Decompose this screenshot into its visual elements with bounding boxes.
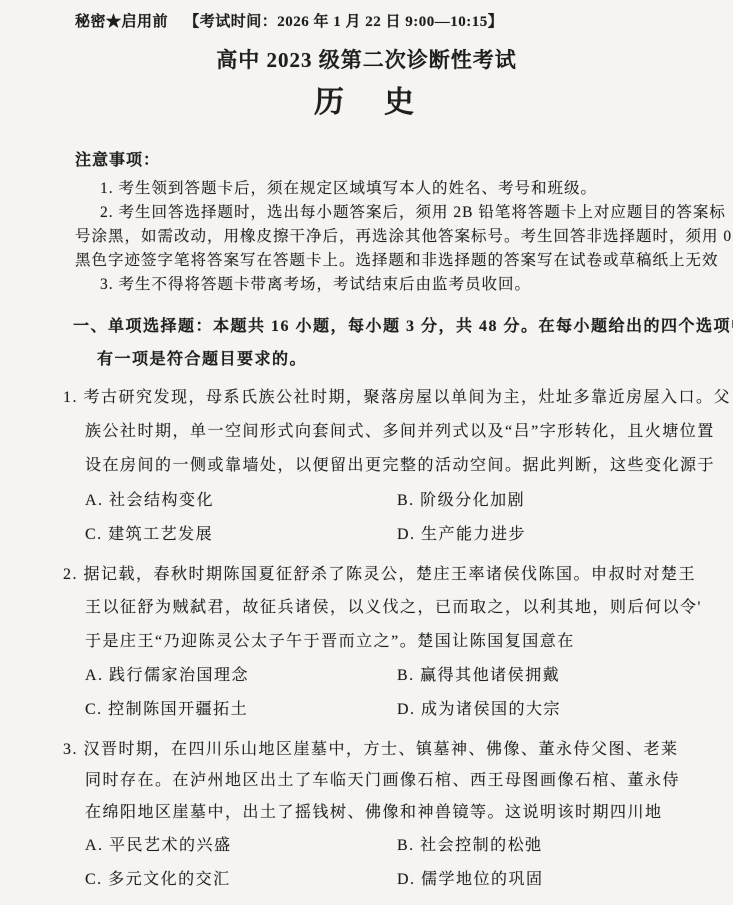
section-heading-line-2: 有一项是符合题目要求的。	[97, 350, 307, 370]
question-1-option-c: C. 建筑工艺发展	[85, 525, 213, 545]
notice-heading: 注意事项：	[75, 151, 160, 171]
subject-title: 历 史	[0, 84, 733, 122]
section-heading-line-1: 一、单项选择题：本题共 16 小题，每小题 3 分，共 48 分。在每小题给出的…	[73, 317, 733, 337]
exam-time-label: 【考试时间：2026 年 1 月 22 日 9:00—10:15】	[184, 14, 503, 30]
notice-line-4: 黑色字迹签字笔将答案写在答题卡上。选择题和非选择题的答案写在试卷或草稿纸上无效	[75, 251, 719, 270]
question-3-line-1: 3. 汉晋时期，在四川乐山地区崖墓中，方士、镇墓神、佛像、董永侍父图、老莱	[63, 740, 679, 760]
question-1-option-b: B. 阶级分化加剧	[397, 491, 525, 511]
classification-label: 秘密★启用前	[75, 14, 168, 30]
notice-line-3: 号涂黑，如需改动，用橡皮擦干净后，再选涂其他答案标号。考生回答非选择题时，须用 …	[75, 227, 733, 246]
question-2-options-row-2: C. 控制陈国开疆拓土 D. 成为诸侯国的大宗	[0, 700, 733, 722]
question-1-option-d: D. 生产能力进步	[397, 525, 526, 545]
question-2-option-b: B. 赢得其他诸侯拥戴	[397, 666, 560, 686]
question-3-options-row-2: C. 多元文化的交汇 D. 儒学地位的巩固	[0, 870, 733, 892]
header-row: 秘密★启用前 【考试时间：2026 年 1 月 22 日 9:00—10:15】	[75, 13, 503, 32]
question-1-line-3: 设在房间的一侧或靠墙处，以便留出更完整的活动空间。据此判断，这些变化源于	[85, 456, 715, 476]
exam-title: 高中 2023 级第二次诊断性考试	[0, 47, 733, 73]
question-2-option-c: C. 控制陈国开疆拓土	[85, 700, 248, 720]
question-2-option-d: D. 成为诸侯国的大宗	[397, 700, 561, 720]
question-1-option-a: A. 社会结构变化	[85, 491, 214, 511]
question-2-options-row-1: A. 践行儒家治国理念 B. 赢得其他诸侯拥戴	[0, 666, 733, 688]
question-3-options-row-1: A. 平民艺术的兴盛 B. 社会控制的松弛	[0, 836, 733, 858]
exam-paper-page: 秘密★启用前 【考试时间：2026 年 1 月 22 日 9:00—10:15】…	[0, 0, 733, 905]
question-3-option-c: C. 多元文化的交汇	[85, 870, 231, 890]
question-2-option-a: A. 践行儒家治国理念	[85, 666, 249, 686]
question-2-line-2: 王以征舒为贼弑君，故征兵诸侯，以义伐之，已而取之，以利其地，则后何以令'	[85, 598, 702, 618]
notice-line-1: 1. 考生领到答题卡后，须在规定区域填写本人的姓名、考号和班级。	[100, 179, 597, 198]
question-3-line-3: 在绵阳地区崖墓中，出土了摇钱树、佛像和神兽镜等。这说明该时期四川地	[85, 803, 663, 823]
question-3-option-d: D. 儒学地位的巩固	[397, 870, 544, 890]
question-1-line-1: 1. 考古研究发现，母系氏族公社时期，聚落房屋以单间为主，灶址多靠近房屋入口。父	[63, 388, 731, 408]
question-1-options-row-2: C. 建筑工艺发展 D. 生产能力进步	[0, 525, 733, 547]
question-3-option-b: B. 社会控制的松弛	[397, 836, 543, 856]
question-3-option-a: A. 平民艺术的兴盛	[85, 836, 232, 856]
notice-line-2: 2. 考生回答选择题时，选出每小题答案后，须用 2B 铅笔将答题卡上对应题目的答…	[100, 203, 726, 222]
question-3-line-2: 同时存在。在泸州地区出土了车临天门画像石棺、西王母图画像石棺、董永侍	[85, 771, 680, 791]
question-2-line-3: 于是庄王“乃迎陈灵公太子午于晋而立之”。楚国让陈国复国意在	[85, 632, 575, 652]
question-1-options-row-1: A. 社会结构变化 B. 阶级分化加剧	[0, 491, 733, 513]
question-2-line-1: 2. 据记载，春秋时期陈国夏征舒杀了陈灵公，楚庄王率诸侯伐陈国。申叔时对楚王	[63, 565, 696, 585]
notice-line-5: 3. 考生不得将答题卡带离考场，考试结束后由监考员收回。	[100, 275, 531, 294]
question-1-line-2: 族公社时期，单一空间形式向套间式、多间并列式以及“吕”字形转化，且火塘位置	[85, 422, 715, 442]
